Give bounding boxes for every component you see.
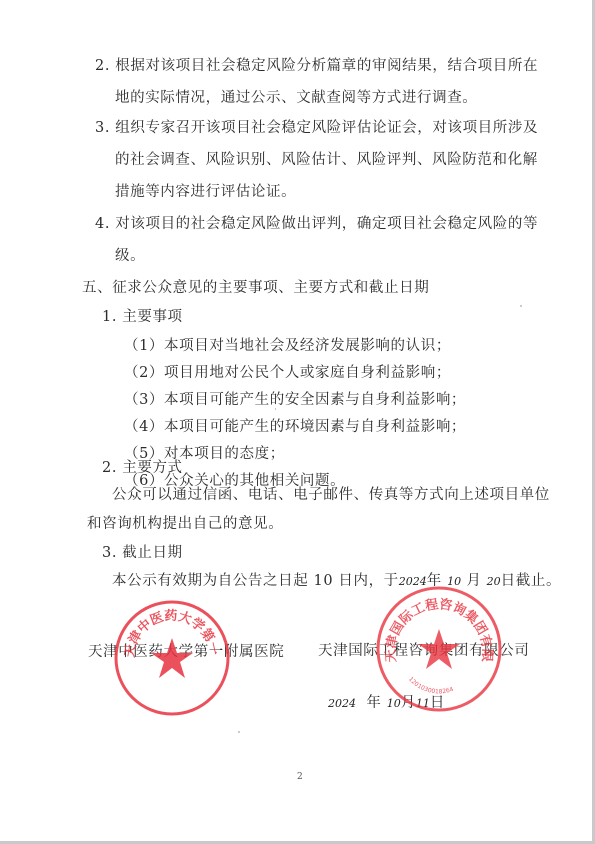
page-number: 2	[297, 772, 303, 782]
sub-1-title: 1. 主要事项	[102, 307, 183, 327]
handwritten-date-year: 2024	[328, 697, 356, 710]
sub-2-line-1: 公众可以通过信函、电话、电子邮件、传真等方式向上述项目单位	[112, 485, 550, 505]
right-official-seal: 天津国际工程咨询集团有限公司 1201030018264	[374, 584, 504, 714]
section-5-heading: 五、征求公众意见的主要事项、主要方式和截止日期	[82, 278, 429, 298]
scan-speck	[520, 305, 522, 307]
left-seal-text: 天津中医药大学第一附属医院	[112, 598, 221, 659]
svg-text:天津中医药大学第一附属医院: 天津中医药大学第一附属医院	[112, 598, 221, 659]
step-2-line-2: 地的实际情况，通过公示、文献查阅等方式进行调查。	[115, 88, 477, 108]
right-seal-code: 1201030018264	[407, 676, 455, 696]
step-3-line-2: 的社会调查、风险识别、风险估计、风险评判、风险防范和化解	[115, 150, 538, 170]
scan-speck	[238, 731, 240, 733]
scan-speck	[275, 408, 276, 410]
sub-2-title: 2. 主要方式	[102, 458, 183, 478]
step-4-line-1: 4. 对该项目的社会稳定风险做出评判，确定项目社会稳定风险的等	[95, 214, 538, 234]
step-2-line-1: 2. 根据对该项目社会稳定风险分析篇章的审阅结果，结合项目所在	[95, 56, 538, 76]
svg-text:1201030018264: 1201030018264	[407, 676, 455, 696]
step-3-line-1: 3. 组织专家召开该项目社会稳定风险评估论证会，对该项目所涉及	[95, 118, 538, 138]
star-icon	[418, 629, 460, 669]
item-4: （4）本项目可能产生的环境因素与自身利益影响；	[124, 417, 466, 437]
step-4-line-2: 级。	[115, 246, 145, 266]
document-page: 2. 根据对该项目社会稳定风险分析篇章的审阅结果，结合项目所在 地的实际情况，通…	[0, 0, 595, 844]
star-icon	[151, 638, 193, 678]
item-2: （2）项目用地对公民个人或家庭自身利益影响；	[124, 363, 451, 383]
left-official-seal: 天津中医药大学第一附属医院	[112, 598, 232, 718]
item-1: （1）本项目对当地社会及经济发展影响的认识；	[124, 336, 451, 356]
sub-3-title: 3. 截止日期	[102, 543, 183, 563]
item-3: （3）本项目可能产生的安全因素与自身利益影响；	[124, 390, 466, 410]
sub-2-line-2: 和咨询机构提出自己的意见。	[87, 514, 283, 534]
step-3-line-3: 措施等内容进行评估论证。	[115, 182, 296, 202]
